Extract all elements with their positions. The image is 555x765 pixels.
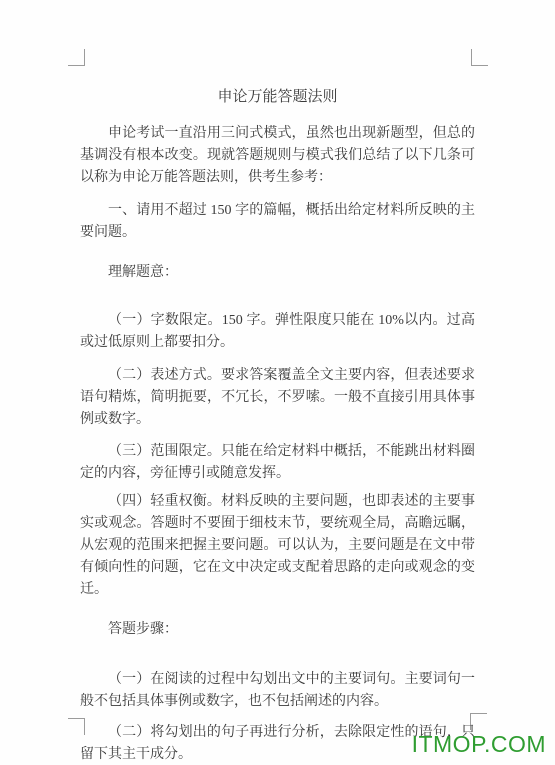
paragraph-item-2: （二）表述方式。要求答案覆盖全文主要内容，但表述要求语句精炼，简明扼要，不冗长，… [80, 365, 475, 431]
paragraph-item-1: （一）字数限定。150 字。弹性限度只能在 10%以内。过高或过低原则上都要扣分… [80, 310, 475, 354]
paragraph-question-1: 一、请用不超过 150 字的篇幅，概括出给定材料所反映的主要问题。 [80, 200, 475, 244]
paragraph-intro: 申论考试一直沿用三问式模式，虽然也出现新题型，但总的基调没有根本改变。现就答题规… [80, 123, 475, 189]
section-heading-lijie: 理解题意： [80, 262, 475, 284]
doc-title: 申论万能答题法则 [80, 86, 475, 108]
document-page: 申论万能答题法则 申论考试一直沿用三问式模式，虽然也出现新题型，但总的基调没有根… [0, 0, 555, 765]
site-watermark: ITMOP.COM [412, 731, 546, 758]
paragraph-item-4: （四）轻重权衡。材料反映的主要问题，也即表述的主要事实或观念。答题时不要囿于细枝… [80, 491, 475, 601]
paragraph-step-1: （一）在阅读的过程中勾划出文中的主要词句。主要词句一般不包括具体事例或数字，也不… [80, 669, 475, 713]
paragraph-item-3: （三）范围限定。只能在给定材料中概括，不能跳出材料圈定的内容，旁征博引或随意发挥… [80, 441, 475, 485]
margin-corner-mark-top-right [471, 49, 488, 66]
section-heading-buzhou: 答题步骤： [80, 619, 475, 641]
document-body: 申论万能答题法则 申论考试一直沿用三问式模式，虽然也出现新题型，但总的基调没有根… [80, 65, 475, 765]
margin-corner-mark-top-left [68, 49, 85, 66]
